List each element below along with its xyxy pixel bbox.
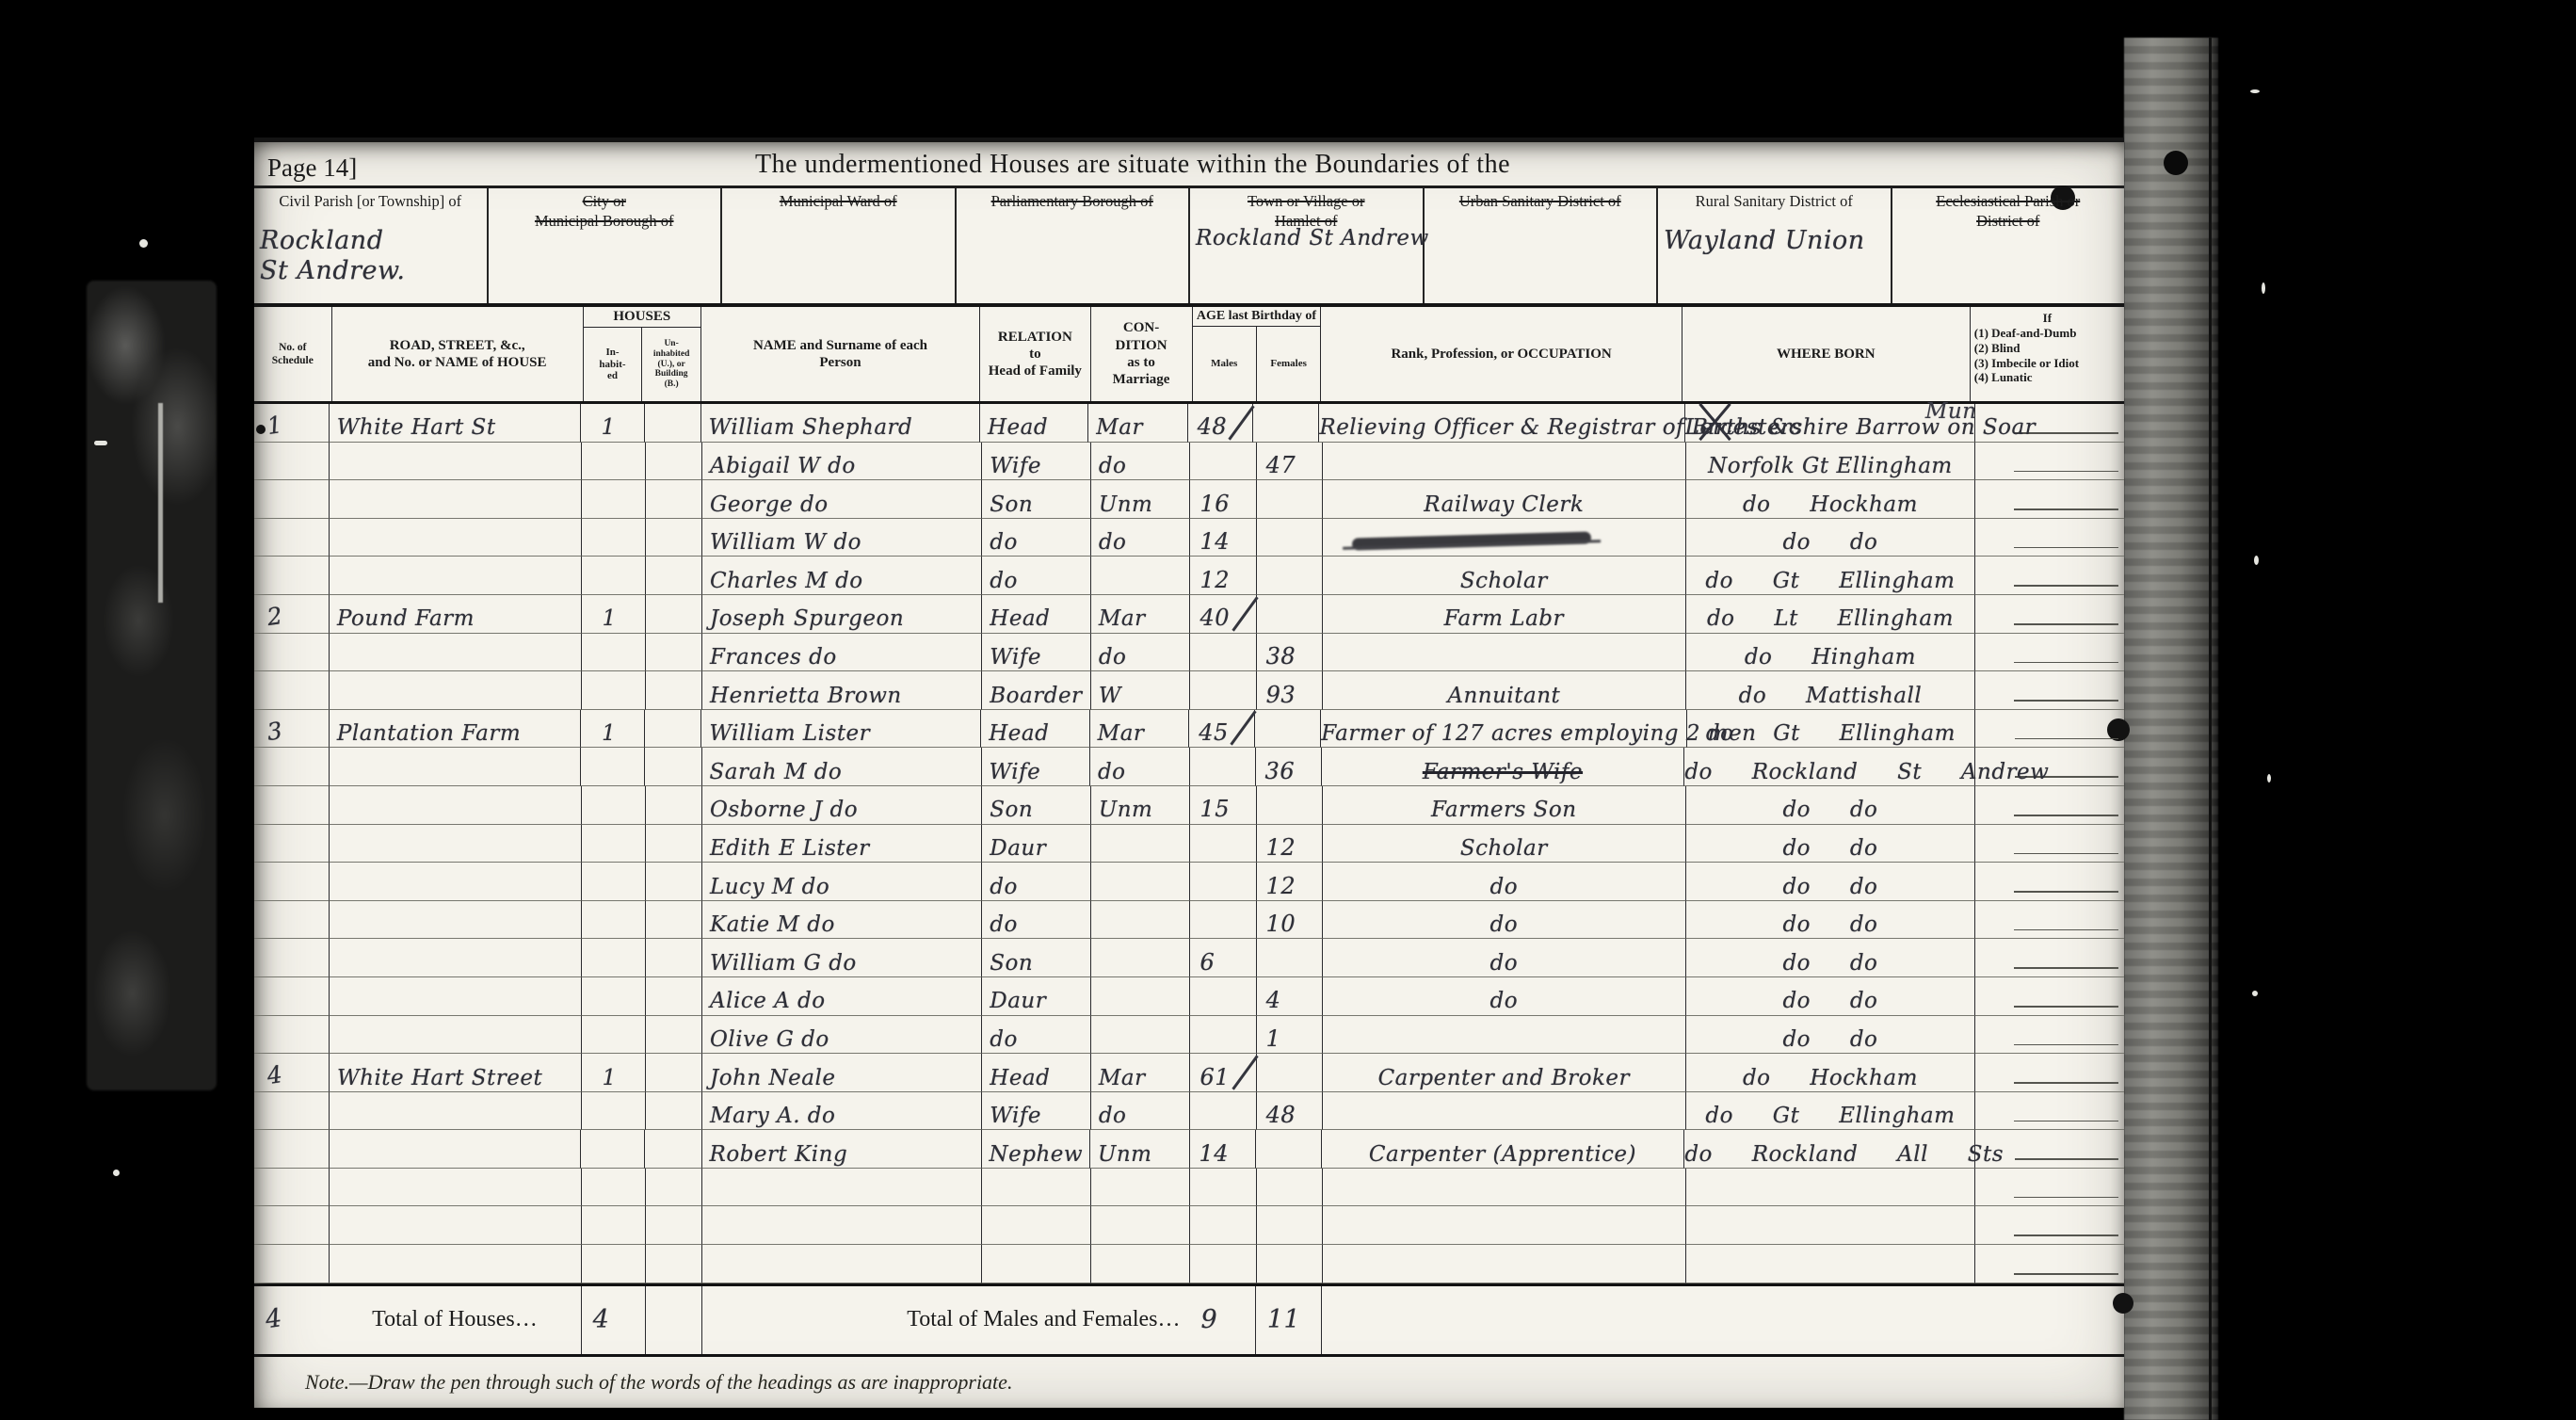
cell-occupation: Railway Clerk (1323, 480, 1686, 519)
cell-condition (1091, 1016, 1191, 1055)
cell-condition: W (1091, 671, 1191, 710)
cell-where-born: do do (1686, 519, 1975, 557)
cell-disability (1975, 557, 2124, 595)
cell-inhabited (582, 786, 646, 825)
film-speck (2252, 991, 2258, 996)
cell-where-born: do Hockham (1686, 1054, 1975, 1092)
cell-road (330, 1092, 582, 1131)
cell-relation: do (982, 863, 1091, 901)
totals-persons-label: Total of Males and Females… (907, 1307, 1189, 1332)
cell-occupation (1323, 1245, 1686, 1283)
cell-uninhabited (646, 786, 702, 825)
cell-condition (1091, 825, 1191, 863)
cell-name: Mary A. do (702, 1092, 982, 1131)
cell-age-female: 38 (1257, 634, 1323, 672)
cell-inhabited (581, 748, 645, 786)
cell-name: William W do (702, 519, 982, 557)
cell-where-born: do do (1686, 1016, 1975, 1055)
cell-occupation: Carpenter and Broker (1323, 1054, 1686, 1092)
cell-schedule (254, 634, 330, 672)
census-row: Abigail W do Wife do 47 Norfolk Gt Ellin… (254, 443, 2124, 481)
cell-disability (1975, 710, 2124, 749)
boundary-field-label: Parliamentary Borough of (962, 192, 1183, 212)
cell-road (330, 1169, 582, 1207)
cell-age-male (1190, 671, 1256, 710)
cell-occupation (1323, 443, 1686, 481)
film-speck (2267, 774, 2271, 783)
boundary-field: Municipal Ward of (722, 188, 957, 303)
cell-disability (1975, 1245, 2124, 1283)
cell-uninhabited (646, 939, 702, 977)
cell-age-female (1257, 595, 1323, 634)
cell-age-male (1190, 977, 1256, 1016)
cell-uninhabited (646, 1206, 702, 1245)
cell-name: Olive G do (702, 1016, 982, 1055)
boundary-field-value: Rockland St Andrew. (260, 226, 487, 287)
cell-road (330, 977, 582, 1016)
cell-road (330, 671, 582, 710)
census-row: 1 White Hart St 1 William Shephard Head … (254, 404, 2124, 443)
cell-road (330, 863, 582, 901)
cell-where-born: do Mattishall (1686, 671, 1975, 710)
boundary-field-value: Rockland St Andrew (1196, 226, 1423, 252)
cell-road (330, 901, 582, 940)
cell-schedule (254, 939, 330, 977)
cell-occupation (1323, 1092, 1686, 1131)
cell-where-born: do Lt Ellingham (1686, 595, 1975, 634)
cell-occupation: Scholar (1323, 557, 1686, 595)
header-houses: HOUSES (584, 307, 700, 328)
cell-age-male (1190, 825, 1256, 863)
cell-name: John Neale (702, 1054, 982, 1092)
census-row: Lucy M do do 12 do do do (254, 863, 2124, 901)
cell-age-female: 36 (1256, 748, 1322, 786)
cell-relation: Wife (982, 1092, 1091, 1131)
cell-road (330, 1206, 582, 1245)
cell-relation: Head (982, 1054, 1091, 1092)
census-row: 2 Pound Farm 1 Joseph Spurgeon Head Mar … (254, 595, 2124, 634)
cell-name: George do (702, 480, 982, 519)
boundary-field-label: Ecclesiastical Parish or District of (1898, 192, 2119, 231)
cell-relation: Boarder (982, 671, 1091, 710)
cell-condition (1091, 1169, 1191, 1207)
cell-condition (1091, 977, 1191, 1016)
cell-where-born: do do (1686, 939, 1975, 977)
cell-age-female: 12 (1257, 863, 1323, 901)
cell-age-female (1257, 1169, 1323, 1207)
cell-where-born: Norfolk Gt Ellingham (1686, 443, 1975, 481)
cell-occupation (1323, 634, 1686, 672)
cell-road: Plantation Farm (330, 710, 581, 749)
cell-disability (1975, 1054, 2124, 1092)
cell-schedule (254, 863, 330, 901)
cell-age-male: 61 (1190, 1054, 1256, 1092)
cell-disability (1975, 480, 2124, 519)
cell-relation: Wife (982, 634, 1091, 672)
census-row (254, 1206, 2124, 1245)
census-sheet: Page 14] The undermentioned Houses are s… (254, 137, 2124, 1408)
cell-disability (1975, 863, 2124, 901)
punch-hole (2164, 151, 2188, 175)
header-males: Males (1193, 327, 1257, 401)
census-row: 3 Plantation Farm 1 William Lister Head … (254, 710, 2124, 749)
cell-relation: Head (982, 595, 1091, 634)
cell-condition: Unm (1091, 480, 1191, 519)
cell-where-born: do Rockland All Sts (1684, 1130, 1975, 1169)
cell-schedule (254, 1130, 330, 1169)
cell-relation (982, 1169, 1091, 1207)
cell-age-female (1255, 710, 1321, 749)
cell-schedule (254, 480, 330, 519)
cell-inhabited (582, 1245, 646, 1283)
census-row: George do Son Unm 16 Railway Clerk do Ho… (254, 480, 2124, 519)
cell-name: Joseph Spurgeon (702, 595, 982, 634)
cell-age-female (1257, 519, 1323, 557)
totals-houses-label: Total of Houses… (372, 1307, 538, 1332)
cell-relation (982, 1245, 1091, 1283)
cell-inhabited: 1 (582, 1054, 646, 1092)
totals-females-value: 11 (1256, 1305, 1300, 1334)
cell-schedule (254, 977, 330, 1016)
header-uninhabited: Un- inhabited (U.), or Building (B.) (642, 328, 700, 401)
cell-disability (1975, 1169, 2124, 1207)
cell-inhabited (582, 480, 646, 519)
cell-condition (1091, 901, 1191, 940)
film-speck (2250, 89, 2260, 93)
cell-uninhabited (646, 863, 702, 901)
cell-age-female (1257, 1054, 1323, 1092)
cell-schedule (254, 1206, 330, 1245)
census-row (254, 1169, 2124, 1207)
cell-name: Katie M do (702, 901, 982, 940)
cell-inhabited (582, 939, 646, 977)
cell-where-born: do do (1686, 863, 1975, 901)
boundary-field-label: Civil Parish [or Township] of (260, 192, 481, 212)
cell-age-male (1190, 863, 1256, 901)
cell-where-born: do Rockland St Andrew (1684, 748, 1975, 786)
header-disability-if: If (1974, 311, 2120, 326)
header-houses-group: HOUSES In- habit- ed Un- inhabited (U.),… (584, 307, 701, 401)
cell-schedule: 1 (254, 404, 330, 443)
film-speck (113, 1170, 120, 1176)
cell-where-born: do Gt Ellingham (1686, 1092, 1975, 1131)
cell-uninhabited (645, 1130, 701, 1169)
cell-relation: do (982, 519, 1091, 557)
census-row: Charles M do do 12 Scholar do Gt Ellingh… (254, 557, 2124, 595)
cell-condition (1091, 1206, 1191, 1245)
header-age-group: AGE last Birthday of Males Females (1193, 307, 1322, 401)
cell-schedule (254, 671, 330, 710)
header-disability: If (1) Deaf-and-Dumb (2) Blind (3) Imbec… (1971, 307, 2124, 401)
cell-occupation (1323, 1206, 1686, 1245)
cell-name: Alice A do (702, 977, 982, 1016)
cell-inhabited (581, 1130, 645, 1169)
cell-relation: do (982, 901, 1091, 940)
cell-uninhabited (645, 404, 701, 443)
cell-uninhabited (645, 748, 701, 786)
cell-name: Robert King (702, 1130, 982, 1169)
cell-uninhabited (646, 671, 702, 710)
cell-road (330, 557, 582, 595)
cell-schedule (254, 901, 330, 940)
cell-road: Pound Farm (330, 595, 582, 634)
boundary-field: Town or Village or Hamlet of Rockland St… (1190, 188, 1425, 303)
totals-left-value: 4 (252, 1303, 284, 1336)
cell-inhabited (582, 634, 646, 672)
cell-relation: do (982, 1016, 1091, 1055)
cell-condition: Mar (1091, 595, 1191, 634)
cell-uninhabited (646, 634, 702, 672)
cell-age-male: 6 (1190, 939, 1256, 977)
cell-age-female: 10 (1257, 901, 1323, 940)
cell-schedule (254, 1092, 330, 1131)
cell-inhabited: 1 (582, 595, 646, 634)
cell-occupation: Farmer of 127 acres employing 2 men (1321, 710, 1686, 749)
cell-uninhabited (646, 901, 702, 940)
boundary-field: Parliamentary Borough of (957, 188, 1191, 303)
cell-relation: Wife (982, 748, 1090, 786)
cell-uninhabited (646, 595, 702, 634)
cell-where-born: do Hingham (1686, 634, 1975, 672)
cell-condition: Unm (1090, 1130, 1190, 1169)
boundary-field-label: Municipal Ward of (728, 192, 949, 212)
cell-age-female: 4 (1257, 977, 1323, 1016)
cell-age-male: 16 (1190, 480, 1256, 519)
header-age: AGE last Birthday of (1193, 307, 1321, 327)
boundary-field-label: Urban Sanitary District of (1430, 192, 1651, 212)
cell-road (330, 825, 582, 863)
film-speck (94, 441, 107, 445)
cell-uninhabited (646, 1245, 702, 1283)
cell-age-male (1190, 1016, 1256, 1055)
cell-road (330, 748, 581, 786)
boundary-field-label: Rural Sanitary District of (1664, 192, 1885, 212)
cell-disability (1975, 1016, 2124, 1055)
census-row: William W do do do 14 do do (254, 519, 2124, 557)
cell-inhabited (582, 557, 646, 595)
census-row: Osborne J do Son Unm 15 Farmers Son do d… (254, 786, 2124, 825)
cell-uninhabited (646, 1016, 702, 1055)
census-row: Robert King Nephew Unm 14 Carpenter (App… (254, 1130, 2124, 1169)
census-row: William G do Son 6 do do do (254, 939, 2124, 977)
boundary-field: Ecclesiastical Parish or District of (1892, 188, 2125, 303)
cell-uninhabited (646, 519, 702, 557)
cell-age-male (1190, 901, 1256, 940)
cell-relation: Nephew (982, 1130, 1090, 1169)
cell-relation: do (982, 557, 1091, 595)
cell-schedule (254, 557, 330, 595)
cell-condition (1091, 1245, 1191, 1283)
cell-occupation: Farm Labr (1323, 595, 1686, 634)
cell-disability (1975, 825, 2124, 863)
cell-name: William Lister (701, 710, 981, 749)
cell-name: Osborne J do (702, 786, 982, 825)
cell-disability (1975, 1092, 2124, 1131)
cell-schedule: 4 (254, 1054, 330, 1092)
cell-road (330, 443, 582, 481)
cell-condition: Unm (1091, 786, 1191, 825)
cell-inhabited (582, 443, 646, 481)
cell-age-male (1190, 1169, 1256, 1207)
cell-condition: do (1090, 748, 1190, 786)
cell-age-female (1257, 557, 1323, 595)
cell-name: William G do (702, 939, 982, 977)
cell-schedule (254, 1169, 330, 1207)
cell-road: White Hart St (330, 404, 581, 443)
cell-road (330, 786, 582, 825)
census-row: Edith E Lister Daur 12 Scholar do do (254, 825, 2124, 863)
totals-row: 4 Total of Houses… 4 Total of Males and … (254, 1283, 2124, 1357)
cell-age-male: 12 (1190, 557, 1256, 595)
footnote: Note.—Draw the pen through such of the w… (254, 1357, 2124, 1395)
cell-occupation (1323, 519, 1686, 557)
cell-inhabited (582, 1092, 646, 1131)
cell-where-born: do Hockham (1686, 480, 1975, 519)
cell-where-born: do Gt Ellingham (1687, 710, 1976, 749)
cell-occupation: Carpenter (Apprentice) (1322, 1130, 1685, 1169)
cell-where-born (1686, 1169, 1975, 1207)
cell-inhabited (582, 977, 646, 1016)
cell-road (330, 1130, 581, 1169)
cell-name: Sarah M do (702, 748, 982, 786)
header-schedule: No. of Schedule (254, 307, 332, 401)
cell-condition (1091, 863, 1191, 901)
cell-age-female (1257, 786, 1323, 825)
cell-name: Lucy M do (702, 863, 982, 901)
cell-occupation: do (1323, 977, 1686, 1016)
cell-where-born: do Gt Ellingham (1686, 557, 1975, 595)
boundary-field: Urban Sanitary District of (1425, 188, 1659, 303)
sheet-title: The undermentioned Houses are situate wi… (254, 150, 2011, 180)
film-speck (139, 239, 148, 248)
census-row: Katie M do do 10 do do do (254, 901, 2124, 940)
cell-occupation: Farmer's Wife (1322, 748, 1685, 786)
cell-road: White Hart Street (330, 1054, 582, 1092)
cell-age-female: 47 (1257, 443, 1323, 481)
cell-where-born: do do (1686, 825, 1975, 863)
cell-age-male: 15 (1190, 786, 1256, 825)
cell-occupation: Farmers Son (1323, 786, 1686, 825)
cell-disability (1975, 595, 2124, 634)
cell-age-male: 14 (1190, 519, 1256, 557)
film-edge-right-strip (2124, 38, 2218, 1420)
cell-road (330, 1245, 582, 1283)
cell-uninhabited (646, 825, 702, 863)
boundary-field: Civil Parish [or Township] of Rockland S… (254, 188, 489, 303)
cell-name: Abigail W do (702, 443, 982, 481)
header-road: ROAD, STREET, &c., and No. or NAME of HO… (332, 307, 584, 401)
cell-inhabited (582, 1169, 646, 1207)
cell-occupation (1323, 1016, 1686, 1055)
cell-disability (1975, 1206, 2124, 1245)
cell-inhabited: 1 (581, 710, 645, 749)
cell-age-female: 1 (1257, 1016, 1323, 1055)
cell-name (702, 1169, 982, 1207)
cell-inhabited (582, 863, 646, 901)
cell-uninhabited (646, 977, 702, 1016)
boundary-fields-row: Civil Parish [or Township] of Rockland S… (254, 186, 2124, 307)
totals-males-value: 9 (1189, 1305, 1217, 1334)
cell-age-male (1190, 1245, 1256, 1283)
film-scan-background: Page 14] The undermentioned Houses are s… (0, 0, 2576, 1420)
cell-inhabited (582, 519, 646, 557)
cell-relation (982, 1206, 1091, 1245)
cell-relation: Head (981, 710, 1089, 749)
cell-age-male: 48 (1188, 404, 1254, 443)
cell-schedule (254, 443, 330, 481)
cell-age-male: 14 (1190, 1130, 1256, 1169)
cell-disability (1975, 939, 2124, 977)
cell-uninhabited (645, 710, 701, 749)
cell-disability (1975, 786, 2124, 825)
cell-relation: Son (982, 480, 1091, 519)
census-table: No. of Schedule ROAD, STREET, &c., and N… (254, 307, 2124, 1357)
cell-uninhabited (646, 1092, 702, 1131)
cell-uninhabited (646, 557, 702, 595)
cell-road (330, 1016, 582, 1055)
census-row: 4 White Hart Street 1 John Neale Head Ma… (254, 1054, 2124, 1092)
cell-condition: Mar (1091, 1054, 1191, 1092)
cell-inhabited (582, 1206, 646, 1245)
cell-occupation: do (1323, 939, 1686, 977)
cell-where-born (1686, 1245, 1975, 1283)
cell-age-female (1257, 1206, 1323, 1245)
header-females: Females (1257, 327, 1320, 401)
cell-where-born: do do (1686, 786, 1975, 825)
cell-relation: Wife (982, 443, 1091, 481)
cell-schedule: 2 (254, 595, 330, 634)
cell-occupation: Scholar (1323, 825, 1686, 863)
cell-age-male (1190, 748, 1256, 786)
table-header-row: No. of Schedule ROAD, STREET, &c., and N… (254, 307, 2124, 404)
census-row (254, 1245, 2124, 1283)
cell-relation: Daur (982, 825, 1091, 863)
film-edge-left-band (87, 281, 217, 1090)
cell-inhabited (582, 1016, 646, 1055)
film-edge-line (2209, 38, 2212, 1420)
census-row: Frances do Wife do 38 do Hingham (254, 634, 2124, 672)
cell-name: Edith E Lister (702, 825, 982, 863)
film-speck (2254, 556, 2259, 565)
cell-where-born: do do (1686, 901, 1975, 940)
cell-uninhabited (646, 480, 702, 519)
cell-schedule: 3 (254, 710, 330, 749)
cell-inhabited (582, 901, 646, 940)
header-relation: RELATION to Head of Family (980, 307, 1091, 401)
cell-road (330, 480, 582, 519)
cell-disability (1975, 901, 2124, 940)
header-occupation: Rank, Profession, or OCCUPATION (1321, 307, 1682, 401)
cell-occupation (1323, 1169, 1686, 1207)
cell-age-female: 12 (1257, 825, 1323, 863)
cell-name: Frances do (702, 634, 982, 672)
cell-disability (1975, 634, 2124, 672)
cell-where-born: do do (1686, 977, 1975, 1016)
census-row: Olive G do do 1 do do (254, 1016, 2124, 1055)
cell-road (330, 519, 582, 557)
cell-age-female (1257, 939, 1323, 977)
cell-age-female (1253, 404, 1319, 443)
cell-name: Henrietta Brown (702, 671, 982, 710)
film-scratch (158, 403, 163, 603)
totals-houses-value: 4 (582, 1305, 610, 1334)
cell-where-born (1686, 1206, 1975, 1245)
cell-condition: Mar (1090, 710, 1190, 749)
cell-schedule (254, 825, 330, 863)
cell-road (330, 634, 582, 672)
cell-disability (1975, 671, 2124, 710)
cell-inhabited (582, 671, 646, 710)
